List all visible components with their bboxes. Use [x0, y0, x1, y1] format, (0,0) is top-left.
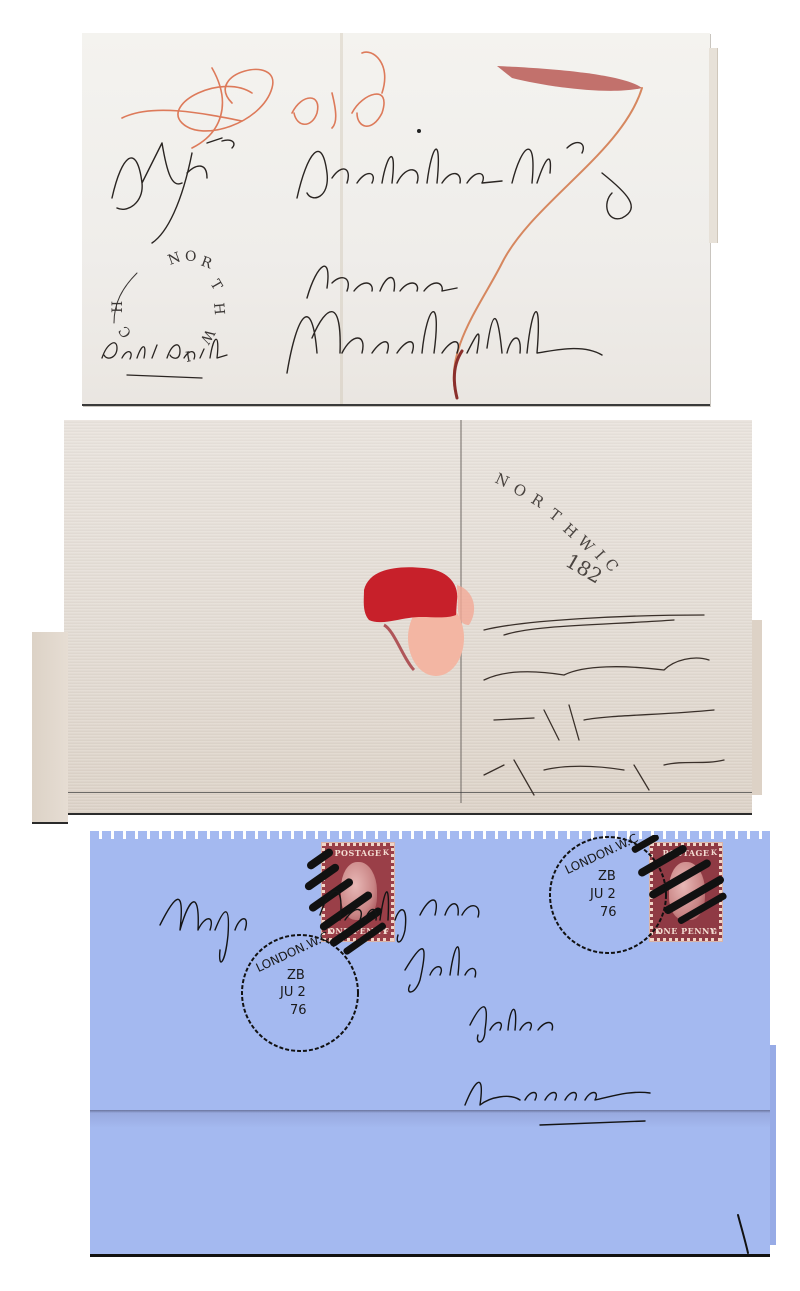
- postmark-date-text: JU 2: [590, 887, 616, 902]
- postmark-date-text: JU 2: [280, 985, 306, 1000]
- cover-white-letter: N O R T H W I C H: [82, 33, 710, 406]
- cover2-markings: N O R T H W I C 182: [64, 420, 752, 815]
- letter-flap-right: [752, 620, 762, 795]
- cover-blue-letter: POSTAGE ONE PENNY K K F POSTAGE ONE PENN…: [90, 835, 770, 1257]
- svg-text:O: O: [185, 249, 196, 265]
- svg-text:R: R: [528, 490, 548, 512]
- svg-text:N: N: [492, 469, 512, 491]
- wax-seal: [364, 567, 474, 676]
- cover2-docket-text: NORTHWICH 182 Northwich Thos Wilkinson 1…: [0, 0, 1, 1]
- svg-text:C: C: [116, 322, 135, 340]
- handstamp-text: NORTHWICH: [0, 0, 1, 1]
- svg-text:W: W: [196, 326, 217, 347]
- address-handwriting: [160, 891, 650, 1125]
- cover-cream-letter: N O R T H W I C 182: [64, 420, 752, 815]
- cover3-markings: [90, 835, 770, 1257]
- barred-obliterator: [631, 835, 728, 925]
- edge-mark: [738, 1215, 748, 1253]
- svg-text:O: O: [510, 480, 529, 502]
- letter-flap: [770, 1045, 776, 1245]
- postmark-year-text: 76: [290, 1003, 307, 1018]
- paid-manuscript-mark: [122, 52, 385, 148]
- address-line: Mess.rs Brocklehurst & Co: [0, 0, 1, 1]
- letter-flap: [709, 48, 718, 243]
- svg-text:T: T: [207, 277, 226, 294]
- rate-swoosh: [497, 66, 642, 91]
- address-line: Messrs Hartley & Son: [0, 0, 1, 1]
- cover1-markings: N O R T H W I C H: [82, 33, 710, 406]
- svg-text:N: N: [166, 250, 183, 269]
- svg-text:T: T: [546, 505, 565, 525]
- cover1-address-text: Mess.rs Brocklehurst & Co Bankers Maccle…: [0, 0, 1, 1]
- postmark-code-text: ZB: [598, 869, 616, 884]
- cover3-address-text: Messrs Hartley & Son Solrs Colne Lancash…: [0, 0, 1, 1]
- svg-text:H: H: [110, 301, 126, 313]
- postmark-code-text: ZB: [287, 968, 305, 983]
- northwich-dated-handstamp: N O R T H W I C 182: [492, 469, 622, 588]
- svg-text:H: H: [210, 302, 227, 316]
- svg-text:H: H: [559, 520, 581, 542]
- northwich-handstamp: N O R T H W I C H: [110, 249, 227, 364]
- letter-flap-left: [32, 632, 68, 824]
- postmark-year-text: 76: [600, 905, 617, 920]
- ink-dot: [417, 129, 421, 133]
- inverted-docket: [484, 615, 724, 795]
- svg-text:R: R: [199, 254, 215, 273]
